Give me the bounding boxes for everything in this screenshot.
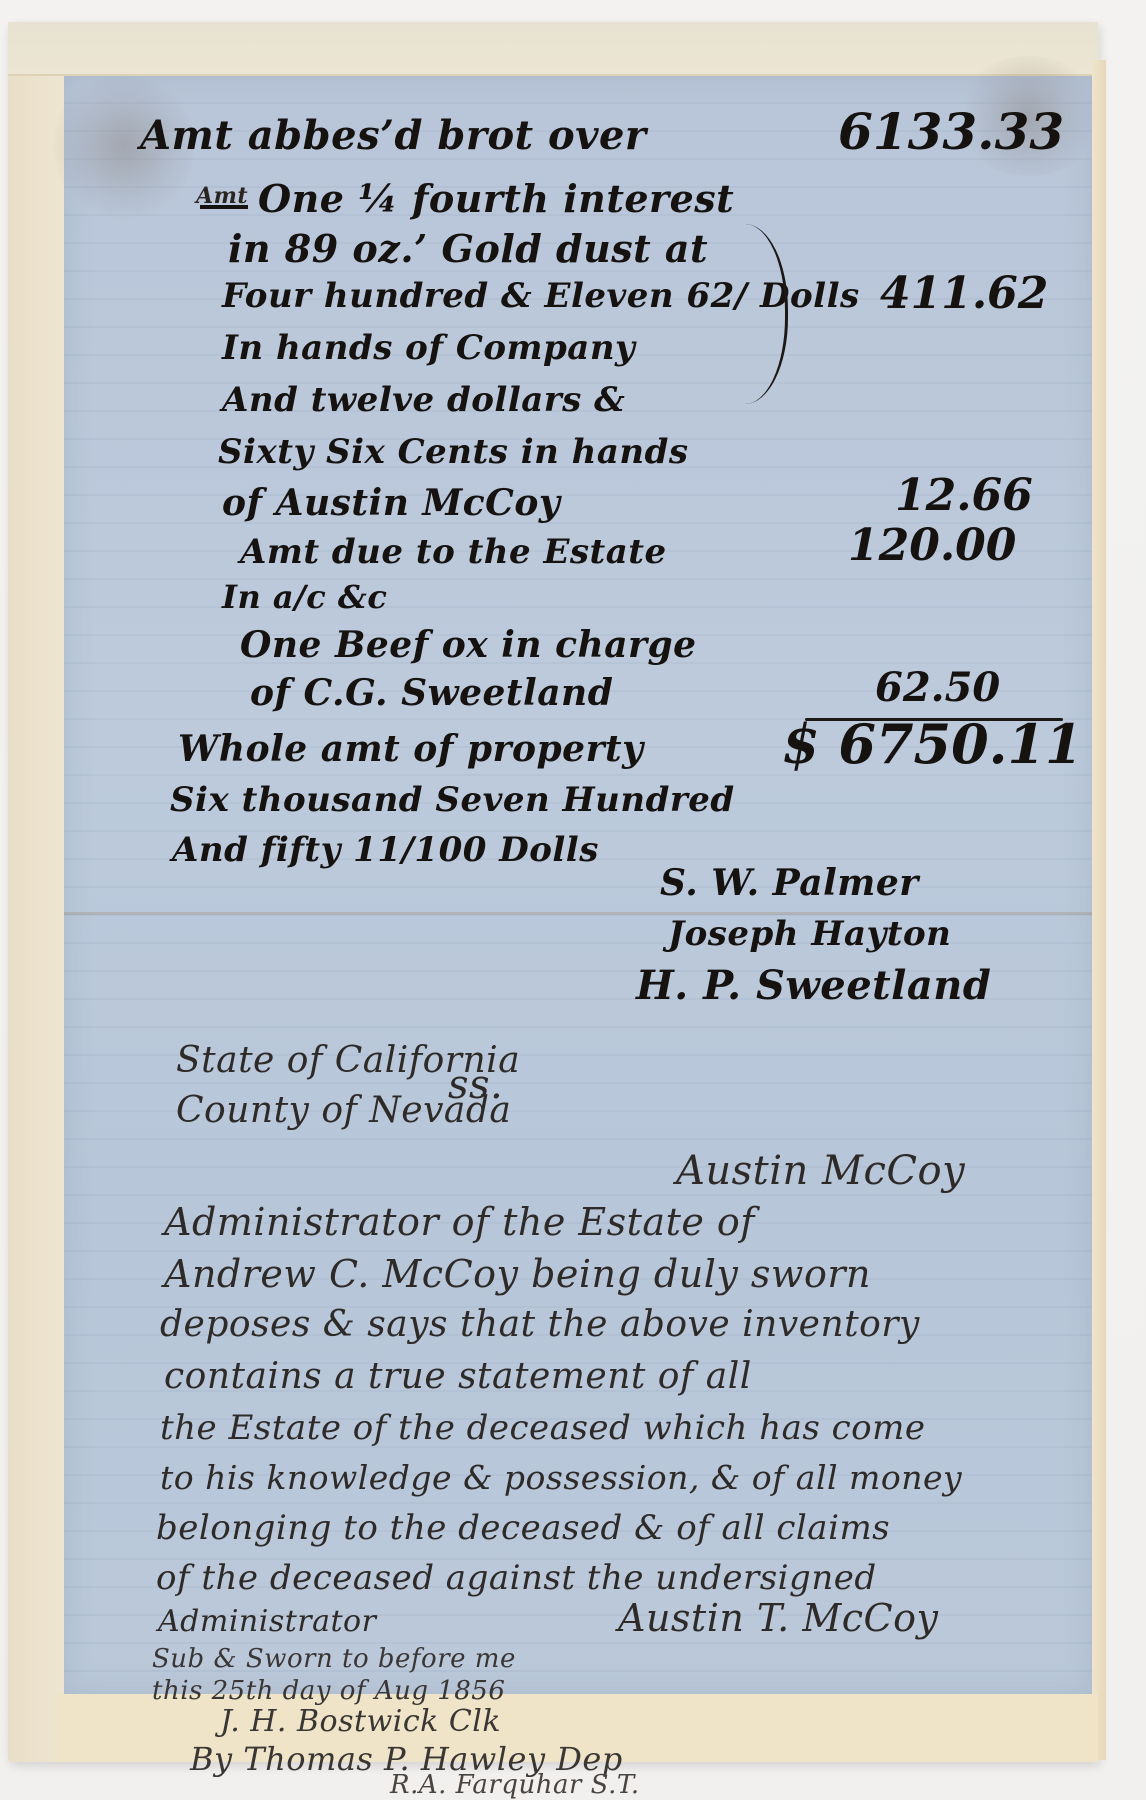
affidavit-line: Andrew C. McCoy being duly sworn <box>164 1252 871 1296</box>
backing-note: R.A. Farquhar S.T. <box>390 1770 640 1800</box>
appraiser-signature: H. P. Sweetland <box>636 962 991 1009</box>
inventory-line: Amt due to the Estate <box>240 532 667 572</box>
inventory-line: One ¼ fourth interest <box>258 176 734 221</box>
backing-right-edge <box>1092 60 1106 1760</box>
jurat-line2: this 25th day of Aug 1856 <box>152 1676 505 1706</box>
total-in-words-line1: Six thousand Seven Hundred <box>170 780 735 820</box>
inventory-line: Amt abbes’d brot over <box>140 112 646 159</box>
affidavit-line: to his knowledge & possession, & of all … <box>160 1458 962 1497</box>
jurat-line1: Sub & Sworn to before me <box>152 1644 516 1674</box>
document-photo: Amt abbes’d brot over 6133.33 Amt One ¼ … <box>0 0 1146 1800</box>
inventory-line: Sixty Six Cents in hands <box>218 432 689 472</box>
inventory-line: of Austin McCoy <box>222 482 560 524</box>
affidavit-line: the Estate of the deceased which has com… <box>160 1408 926 1448</box>
affidavit-line: contains a true statement of all <box>164 1356 752 1397</box>
inventory-amount: 62.50 <box>875 664 1000 711</box>
appraiser-signature: Joseph Hayton <box>668 914 951 954</box>
affidavit-line: Administrator of the Estate of <box>164 1200 755 1244</box>
inventory-line: of C.G. Sweetland <box>250 672 613 714</box>
affiant-role: Administrator <box>158 1604 376 1639</box>
backing-top-edge <box>8 22 1098 76</box>
inventory-line: In hands of Company <box>222 328 635 368</box>
affiant-signature: Austin T. McCoy <box>618 1596 938 1640</box>
inventory-amount: 120.00 <box>848 520 1016 571</box>
clerk-signature: J. H. Bostwick Clk <box>220 1704 501 1739</box>
total-label: Whole amt of property <box>178 728 644 770</box>
inventory-line: And twelve dollars & <box>222 380 625 420</box>
inventory-line: In a/c &c <box>222 578 387 616</box>
affidavit-line: of the deceased against the undersigned <box>156 1558 877 1598</box>
inventory-amount: 6133.33 <box>838 102 1064 161</box>
struck-word: Amt <box>196 183 248 209</box>
venue-ss-mark: ss. <box>448 1062 503 1108</box>
total-in-words-line2: And fifty 11/100 Dolls <box>172 830 599 870</box>
affidavit-line: belonging to the deceased & of all claim… <box>156 1508 890 1548</box>
affidavit-line: deposes & says that the above inventory <box>160 1304 920 1345</box>
inventory-line: One Beef ox in charge <box>240 624 697 666</box>
appraiser-signature: S. W. Palmer <box>660 862 919 904</box>
inventory-amount: 12.66 <box>895 470 1033 521</box>
inventory-line: in 89 oz.’ Gold dust at <box>228 226 708 271</box>
affiant-name: Austin McCoy <box>676 1148 965 1194</box>
inventory-amount: 411.62 <box>880 268 1048 319</box>
total-amount: $ 6750.11 <box>782 712 1083 776</box>
